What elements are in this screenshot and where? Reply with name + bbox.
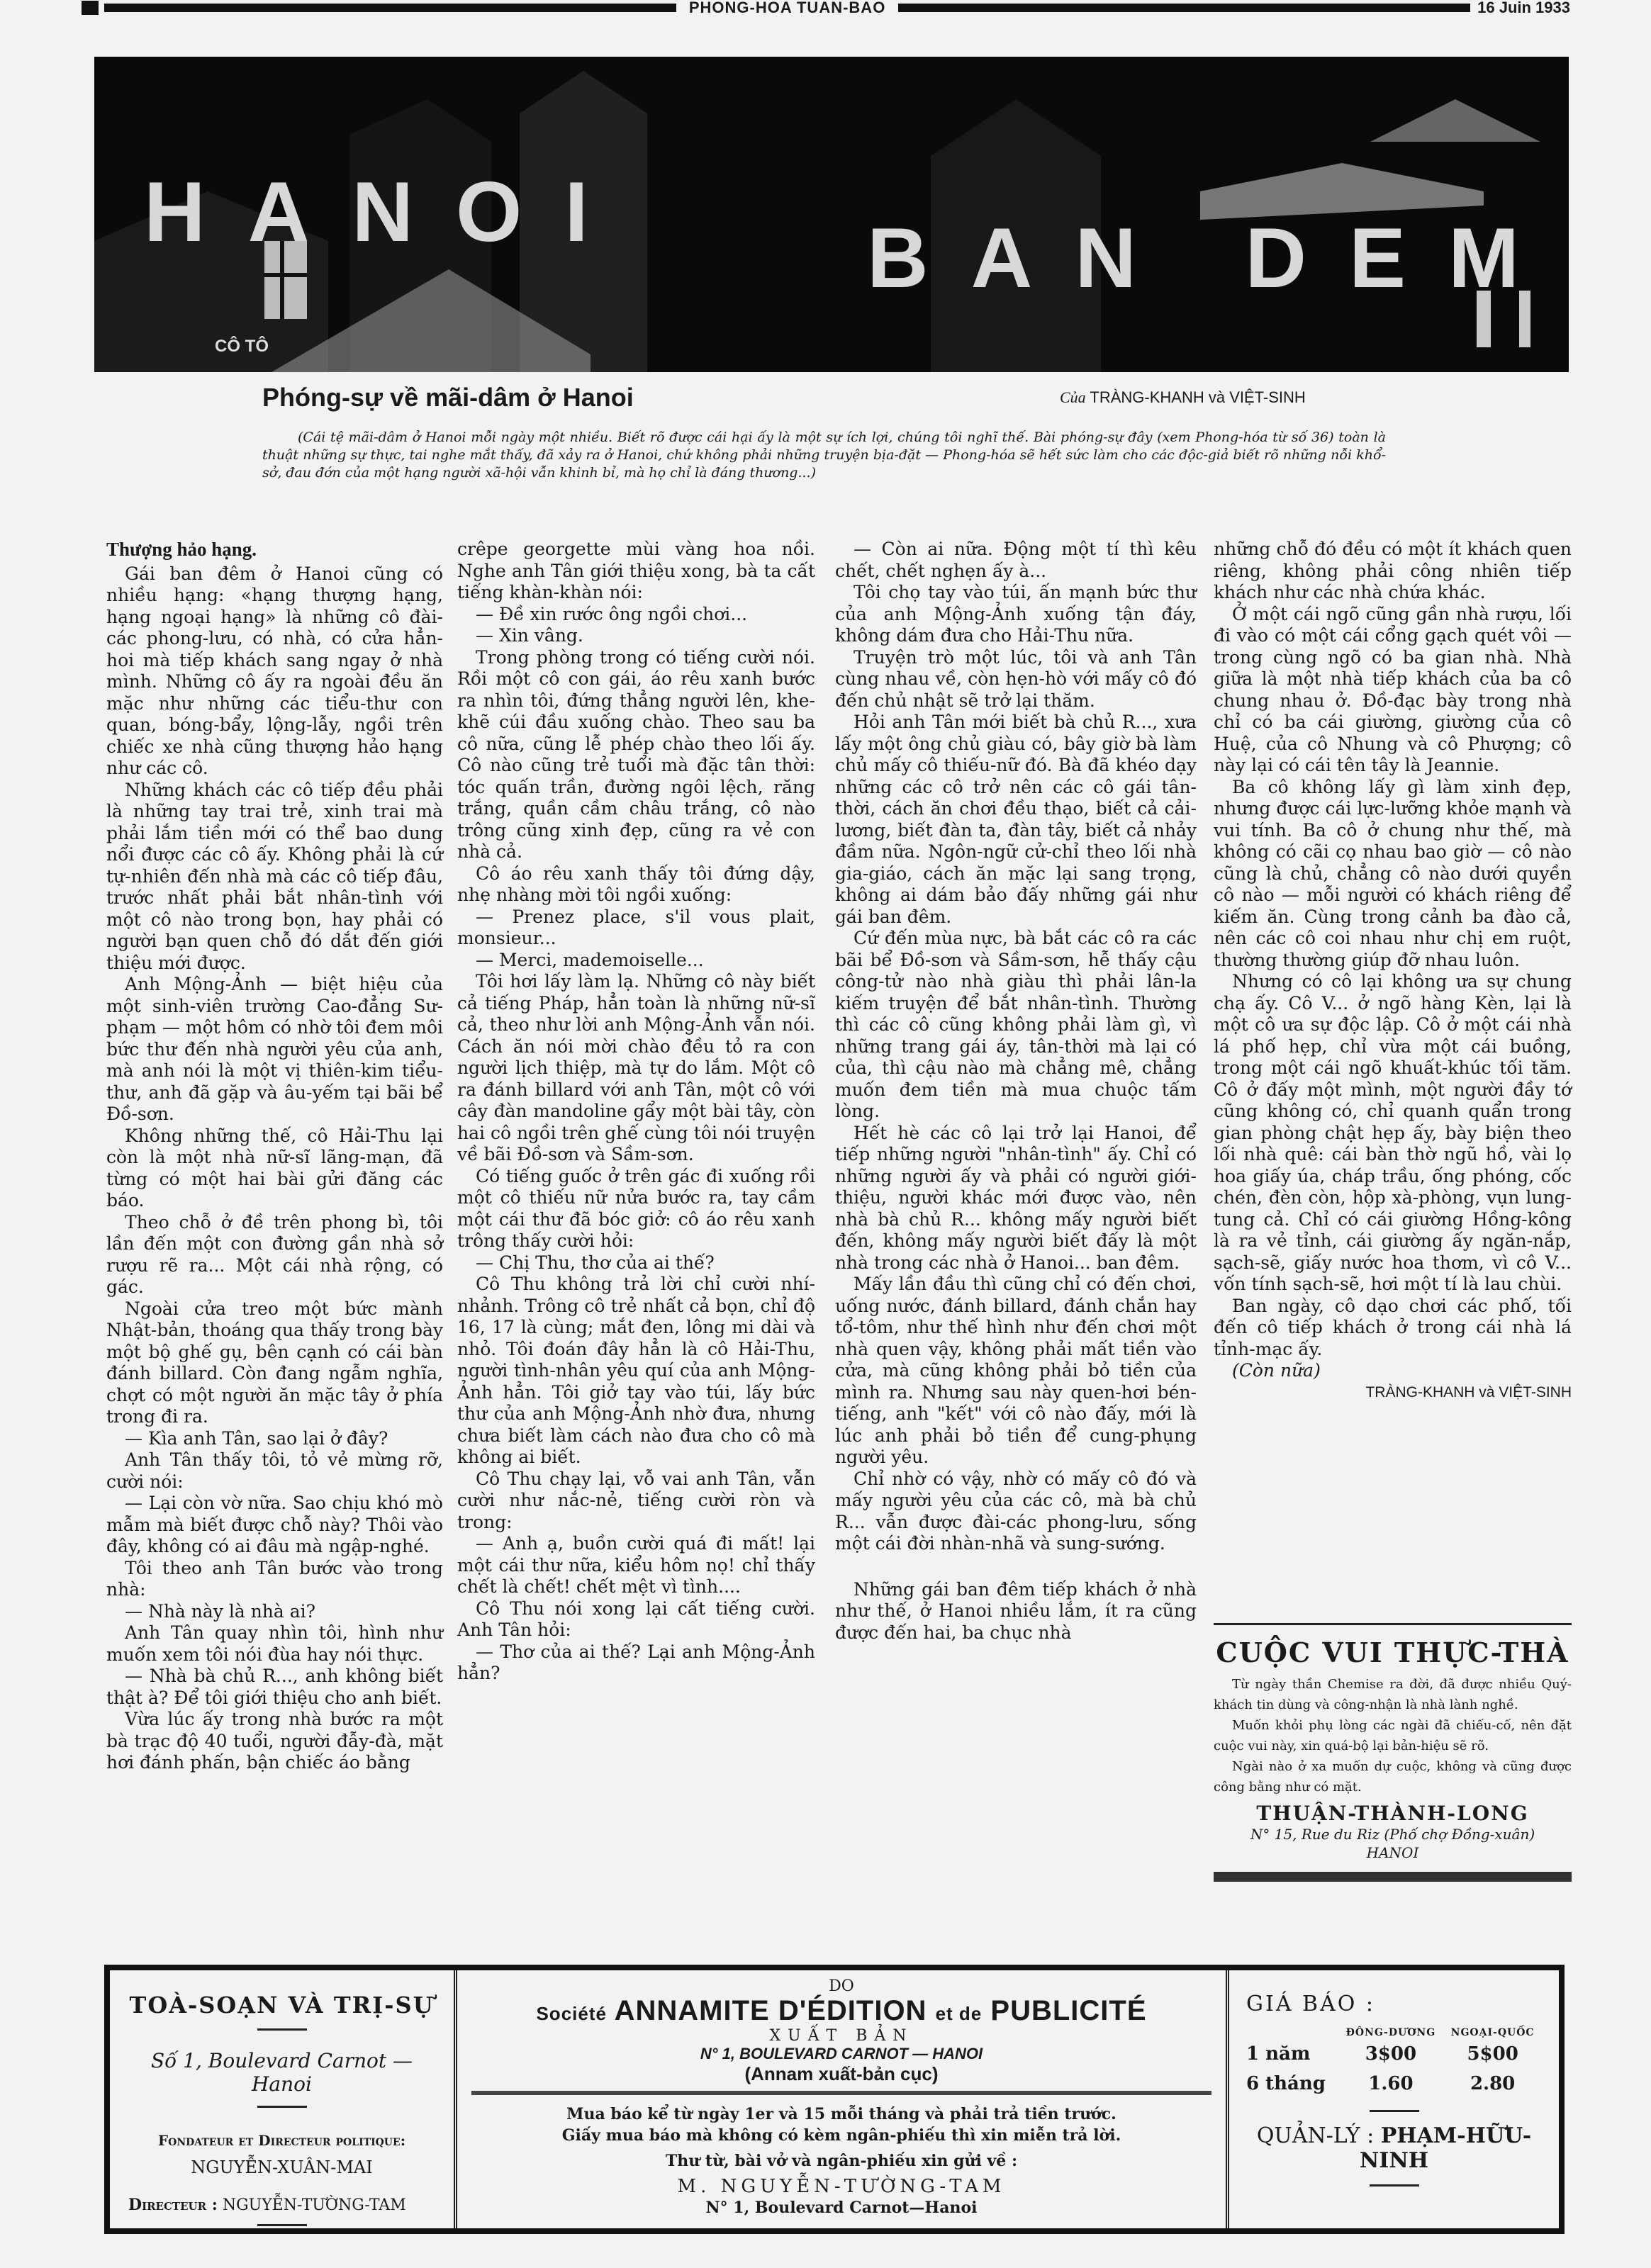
article-intro: (Cái tệ mãi-dâm ở Hanoi mỗi ngày một nhi… [262, 429, 1386, 482]
page-number-marker [82, 1, 99, 15]
divider [1370, 2184, 1419, 2186]
col-foreign: NGOẠI-QUỐC [1443, 2026, 1542, 2039]
ad-firm-name: THUẬN-THÀNH-LONG [1214, 1802, 1572, 1825]
dialogue-line: — Đề xin rước ông ngồi chơi... [457, 604, 815, 626]
ad-paragraph: Từ ngày thần Chemise ra đời, đã được nhi… [1214, 1674, 1572, 1715]
director-line: Directeur : NGUYỄN-TƯỜNG-TAM [128, 2196, 435, 2214]
price-foreign: 5$00 [1443, 2039, 1542, 2069]
paragraph: những chỗ đó đều có một ít khách quen ri… [1214, 539, 1572, 604]
publisher-prefix: Société [536, 2003, 607, 2024]
paragraph: Cô Thu không trả lời chỉ cười nhí-nhảnh.… [457, 1274, 815, 1469]
paragraph: Ba cô không lấy gì làm xinh đẹp, nhưng đ… [1214, 777, 1572, 972]
paragraph: Cô áo rêu xanh thấy tôi đứng dậy, nhẹ nh… [457, 863, 815, 906]
paragraph: Vừa lúc ấy trong nhà bước ra một bà trạc… [106, 1709, 443, 1774]
dialogue-line: — Merci, mademoiselle... [457, 950, 815, 972]
price-table: ĐÔNG-DƯƠNG NGOẠI-QUỐC 1 năm 3$00 5$00 6 … [1246, 2026, 1542, 2099]
paragraph: Tôi chọ tay vào túi, ấn mạnh bức thư của… [835, 582, 1197, 647]
manager-line: QUẢN-LÝ : PHẠM-HỮU-NINH [1246, 2123, 1542, 2173]
paragraph: Theo chỗ ở đề trên phong bì, tôi lần đến… [106, 1212, 443, 1298]
paragraph: Truyện trò một lúc, tôi và anh Tân cùng … [835, 647, 1197, 712]
price-row: 6 tháng 1.60 2.80 [1246, 2069, 1542, 2099]
price-panel: GIÁ BÁO : ĐÔNG-DƯƠNG NGOẠI-QUỐC 1 năm 3$… [1226, 1970, 1559, 2228]
article-byline: Của TRÀNG-KHANH và VIỆT-SINH [1060, 388, 1306, 407]
byline-authors: TRÀNG-KHANH và VIỆT-SINH [1090, 388, 1305, 406]
paragraph: Hỏi anh Tân mới biết bà chủ R..., xưa lấ… [835, 712, 1197, 928]
paragraph: Nhưng có cô lại không ưa sự chung chạ ấy… [1214, 971, 1572, 1296]
dialogue-line: — Prenez place, s'il vous plait, monsieu… [457, 906, 815, 950]
header-rule-right [898, 4, 1470, 12]
article-column-4: những chỗ đó đều có một ít khách quen ri… [1214, 539, 1572, 1403]
advertisement-box: CUỘC VUI THỰC-THÀ Từ ngày thần Chemise r… [1214, 1623, 1572, 1882]
masthead-name: PHONG-HOA TUAN-BAO [676, 0, 899, 17]
manager-name: PHẠM-HỮU-NINH [1360, 2123, 1531, 2173]
article-column-1: Thượng hảo hạng. Gái ban đêm ở Hanoi cũn… [106, 539, 443, 1774]
dialogue-line: — Thơ của ai thế? Lại anh Mộng-Ảnh hẳn? [457, 1641, 815, 1685]
continued-note: (Còn nữa) [1214, 1360, 1572, 1382]
mail-recipient: M. NGUYỄN-TƯỜNG-TAM [471, 2176, 1211, 2197]
price-title: GIÁ BÁO : [1246, 1992, 1542, 2016]
subscription-note-2: Giấy mua báo mà không có kèm ngân-phiếu … [471, 2125, 1211, 2146]
paragraph: Anh Mộng-Ảnh — biệt hiệu của một sinh-vi… [106, 974, 443, 1125]
paragraph: Mấy lần đầu thì cũng chỉ có đến chơi, uố… [835, 1274, 1197, 1469]
article-signature: TRÀNG-KHANH và VIỆT-SINH [1214, 1382, 1572, 1404]
issue-date: 16 Juin 1933 [1470, 0, 1577, 17]
paragraph: Có tiếng guốc ở trên gác đi xuống rồi mộ… [457, 1166, 815, 1252]
publisher-vietnamese-name: (Annam xuất-bản cục) [471, 2063, 1211, 2085]
ad-paragraph: Ngài nào ở xa muốn dự cuộc, không và cũn… [1214, 1756, 1572, 1797]
paragraph: Anh Tân thấy tôi, tỏ vẻ mừng rỡ, cười nó… [106, 1449, 443, 1493]
banner-title-ban-dem: BAN DEM [867, 209, 1562, 307]
director-label: Directeur : [128, 2196, 218, 2214]
office-title: TOÀ-SOẠN VÀ TRỊ-SỰ [128, 1992, 435, 2019]
divider [1370, 2110, 1419, 2112]
publisher-address: N° 1, BOULEVARD CARNOT — HANOI [471, 2045, 1211, 2063]
dialogue-line: — Kìa anh Tân, sao lại ở đây? [106, 1428, 443, 1450]
divider [257, 2028, 307, 2031]
dialogue-line: — Nhà bà chủ R..., anh không biết thật à… [106, 1666, 443, 1709]
price-foreign: 2.80 [1443, 2069, 1542, 2099]
publisher-main: ANNAMITE D'ÉDITION [615, 1995, 927, 2026]
paragraph: Anh Tân quay nhìn tôi, hình như muốn xem… [106, 1622, 443, 1666]
paragraph: Tôi theo anh Tân bước vào trong nhà: [106, 1558, 443, 1601]
paragraph: Tôi hơi lấy làm lạ. Những cô này biết cả… [457, 971, 815, 1166]
director-name: NGUYỄN-TƯỜNG-TAM [223, 2196, 406, 2214]
ad-address: N° 15, Rue du Riz (Phố chợ Đồng-xuân) [1214, 1825, 1572, 1843]
ad-title: CUỘC VUI THỰC-THÀ [1214, 1637, 1572, 1668]
ad-city: HANOI [1214, 1843, 1572, 1862]
running-header: PHONG-HOA TUAN-BAO 16 Juin 1933 [82, 0, 1577, 16]
paragraph: Cô Thu chạy lại, vỗ vai anh Tân, vẫn cườ… [457, 1469, 815, 1534]
dialogue-line: — Anh ạ, buồn cười quá đi mất! lại một c… [457, 1533, 815, 1598]
office-address: Số 1, Boulevard Carnot — Hanoi [128, 2049, 435, 2096]
dialogue-line: — Còn ai nữa. Động một tí thì kêu chết, … [835, 539, 1197, 582]
paragraph: Những gái ban đêm tiếp khách ở nhà như t… [835, 1579, 1197, 1644]
paragraph: Gái ban đêm ở Hanoi cũng có nhiều hạng: … [106, 563, 443, 780]
dialogue-line: — Chị Thu, thơ của ai thế? [457, 1252, 815, 1274]
paragraph: Cô Thu nói xong lại cất tiếng cười. Anh … [457, 1598, 815, 1641]
editorial-office-panel: TOÀ-SOẠN VÀ TRỊ-SỰ Số 1, Boulevard Carno… [110, 1970, 457, 2228]
col-domestic: ĐÔNG-DƯƠNG [1338, 2026, 1444, 2039]
paragraph: Trong phòng trong có tiếng cười nói. Rồi… [457, 647, 815, 863]
publisher-panel: DO Société ANNAMITE D'ÉDITION et de PUBL… [457, 1970, 1226, 2228]
divider [471, 2091, 1211, 2095]
divider [257, 2224, 307, 2226]
article-column-2: crêpe georgette mùi vàng hoa nồi. Nghe a… [457, 539, 815, 1685]
founder-name: NGUYỄN-XUÂN-MAI [128, 2157, 435, 2177]
publisher-name: Société ANNAMITE D'ÉDITION et de PUBLICI… [471, 1995, 1211, 2027]
period: 6 tháng [1246, 2069, 1338, 2099]
paragraph: Ở một cái ngõ cũng gần nhà rượu, lối đi … [1214, 604, 1572, 777]
article-headline: Phóng-sự về mãi-dâm ở Hanoi [262, 383, 634, 412]
founder-label: Fondateur et Directeur politique: [128, 2132, 435, 2149]
subscription-note-1: Mua báo kể từ ngày 1er và 15 mỗi tháng v… [471, 2104, 1211, 2125]
dialogue-line: — Lại còn vờ nữa. Sao chịu khó mò mẫm mà… [106, 1493, 443, 1558]
publisher-end: PUBLICITÉ [990, 1995, 1146, 2026]
mail-instruction: Thư từ, bài vở và ngân-phiếu xin gửi về … [471, 2150, 1211, 2172]
artist-credit: CÔ TÔ [215, 337, 269, 357]
ad-top-rule [1214, 1623, 1572, 1625]
dialogue-line: — Xin vâng. [457, 625, 815, 647]
woodcut-banner-illustration: HANOI BAN DEM CÔ TÔ [94, 57, 1569, 372]
period: 1 năm [1246, 2039, 1338, 2069]
publisher-do: DO [471, 1977, 1211, 1995]
column-subhead: Thượng hảo hạng. [106, 539, 443, 561]
mail-recipient-address: N° 1, Boulevard Carnot—Hanoi [471, 2197, 1211, 2218]
paragraph: Cứ đến mùa nực, bà bắt các cô ra các bãi… [835, 928, 1197, 1123]
ad-paragraph: Muốn khỏi phụ lòng các ngài đã chiếu-cố,… [1214, 1715, 1572, 1756]
price-domestic: 3$00 [1338, 2039, 1444, 2069]
manager-label: QUẢN-LÝ : [1257, 2123, 1374, 2148]
price-domestic: 1.60 [1338, 2069, 1444, 2099]
banner-title-hanoi: HANOI [144, 163, 631, 261]
paragraph: crêpe georgette mùi vàng hoa nồi. Nghe a… [457, 539, 815, 604]
paragraph: Hết hè các cô lại trở lại Hanoi, để tiếp… [835, 1123, 1197, 1274]
byline-prefix: Của [1060, 388, 1086, 406]
divider [257, 2106, 307, 2108]
paragraph: Không những thế, cô Hải-Thu lại còn là m… [106, 1125, 443, 1212]
publication-info-box: TOÀ-SOẠN VÀ TRỊ-SỰ Số 1, Boulevard Carno… [104, 1965, 1565, 2234]
price-row: 1 năm 3$00 5$00 [1246, 2039, 1542, 2069]
paragraph: Ban ngày, cô dạo chơi các phố, tối đến c… [1214, 1296, 1572, 1361]
ad-bottom-rule [1214, 1872, 1572, 1882]
header-rule-left [104, 4, 676, 12]
article-column-3: — Còn ai nữa. Động một tí thì kêu chết, … [835, 539, 1197, 1644]
paragraph: Chỉ nhờ có vậy, nhờ có mấy cô đó và mấy … [835, 1469, 1197, 1555]
paragraph: Ngoài cửa treo một bức mành Nhật-bản, th… [106, 1298, 443, 1428]
dialogue-line: — Nhà này là nhà ai? [106, 1601, 443, 1623]
paragraph: Những khách các cô tiếp đều phải là nhữn… [106, 780, 443, 975]
xuat-ban: XUẤT BẢN [471, 2027, 1211, 2045]
publisher-mid: et de [936, 2003, 983, 2024]
